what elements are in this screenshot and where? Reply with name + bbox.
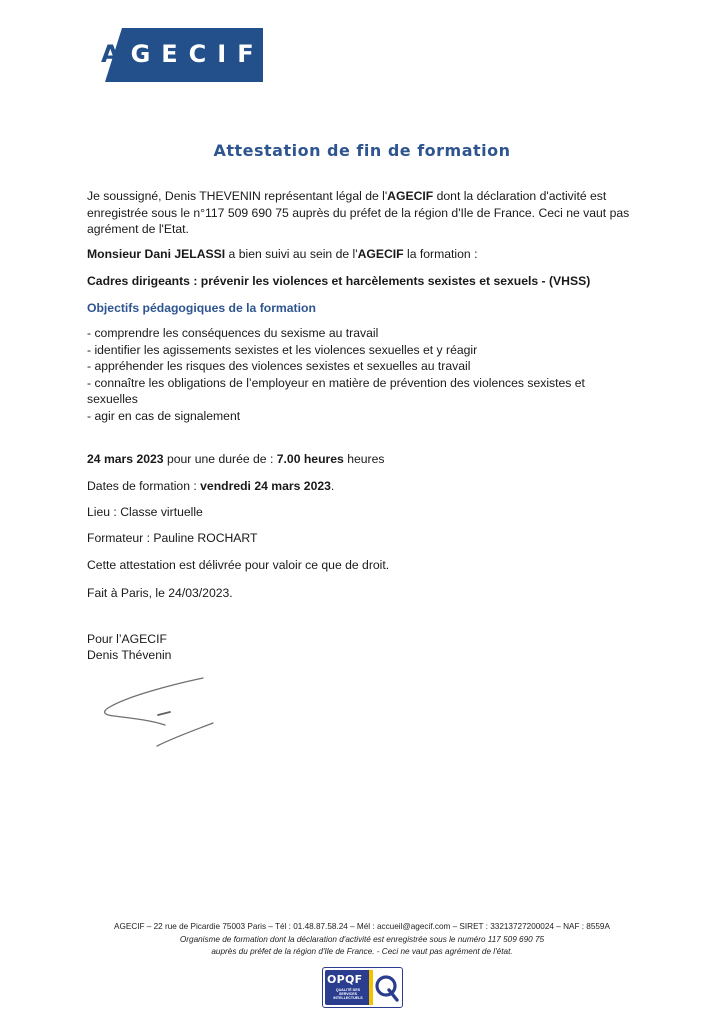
objectives-list: - comprendre les conséquences du sexisme… [87,325,647,424]
footer-declaration: Organisme de formation dont la déclarati… [0,934,724,947]
footer-contact: AGECIF – 22 rue de Picardie 75003 Paris … [0,921,724,934]
opqf-name: OPQF [327,973,362,986]
dates-value: vendredi 24 mars 2023 [200,479,331,493]
opqf-subtitle: QUALITÉ DES SERVICES INTELLECTUELS [329,988,367,1001]
objective-item: - identifier les agissements sexistes et… [87,342,647,359]
trainer-line: Formateur : Pauline ROCHART [87,530,647,547]
document-title: Attestation de fin de formation [0,141,724,160]
made-at-line: Fait à Paris, le 24/03/2023. [87,585,647,602]
dates-label: Dates de formation : [87,479,200,493]
student-paragraph: Monsieur Dani JELASSI a bien suivi au se… [87,246,647,263]
opqf-q-icon [374,970,400,1005]
objective-item: - appréhender les risques des violences … [87,358,647,375]
duration-end: heures [344,452,385,466]
objective-item: - agir en cas de signalement [87,408,647,425]
footer-prefecture: auprès du préfet de la région d'Ile de F… [0,946,724,959]
course-title-text: Cadres dirigeants : prévenir les violenc… [87,274,590,288]
logo-rest-letters: GECIF [131,40,263,68]
duration-date: 24 mars 2023 [87,452,164,466]
logo-first-letter: A [101,40,131,68]
signature-image [100,675,230,755]
student-text-1: a bien suivi au sein de l' [225,247,357,261]
duration-hours: 7.00 heures [277,452,344,466]
signature-for: Pour l’AGECIF [87,631,647,648]
duration-line: 24 mars 2023 pour une durée de : 7.00 he… [87,451,647,468]
student-text-2: la formation : [404,247,478,261]
opqf-left-panel: OPQF QUALITÉ DES SERVICES INTELLECTUELS [325,970,369,1005]
dates-end: . [331,479,334,493]
student-name: Monsieur Dani JELASSI [87,247,225,261]
signer-name: Denis Thévenin [87,647,647,664]
objectives-heading: Objectifs pédagogiques de la formation [87,300,647,317]
place-line: Lieu : Classe virtuelle [87,504,647,521]
intro-paragraph: Je soussigné, Denis THEVENIN représentan… [87,188,647,238]
course-title: Cadres dirigeants : prévenir les violenc… [87,273,647,290]
opqf-certification-logo: OPQF QUALITÉ DES SERVICES INTELLECTUELS [322,967,403,1008]
dates-line: Dates de formation : vendredi 24 mars 20… [87,478,647,495]
intro-text-1: Je soussigné, Denis THEVENIN représentan… [87,189,387,203]
agecif-logo: AGECIF [87,28,263,82]
intro-org: AGECIF [387,189,433,203]
objective-item: - connaître les obligations de l’employe… [87,375,612,408]
opqf-stripe [369,970,373,1005]
student-org: AGECIF [358,247,404,261]
objective-item: - comprendre les conséquences du sexisme… [87,325,647,342]
delivered-line: Cette attestation est délivrée pour valo… [87,557,647,574]
logo-text: AGECIF [101,40,263,68]
duration-text: pour une durée de : [164,452,277,466]
